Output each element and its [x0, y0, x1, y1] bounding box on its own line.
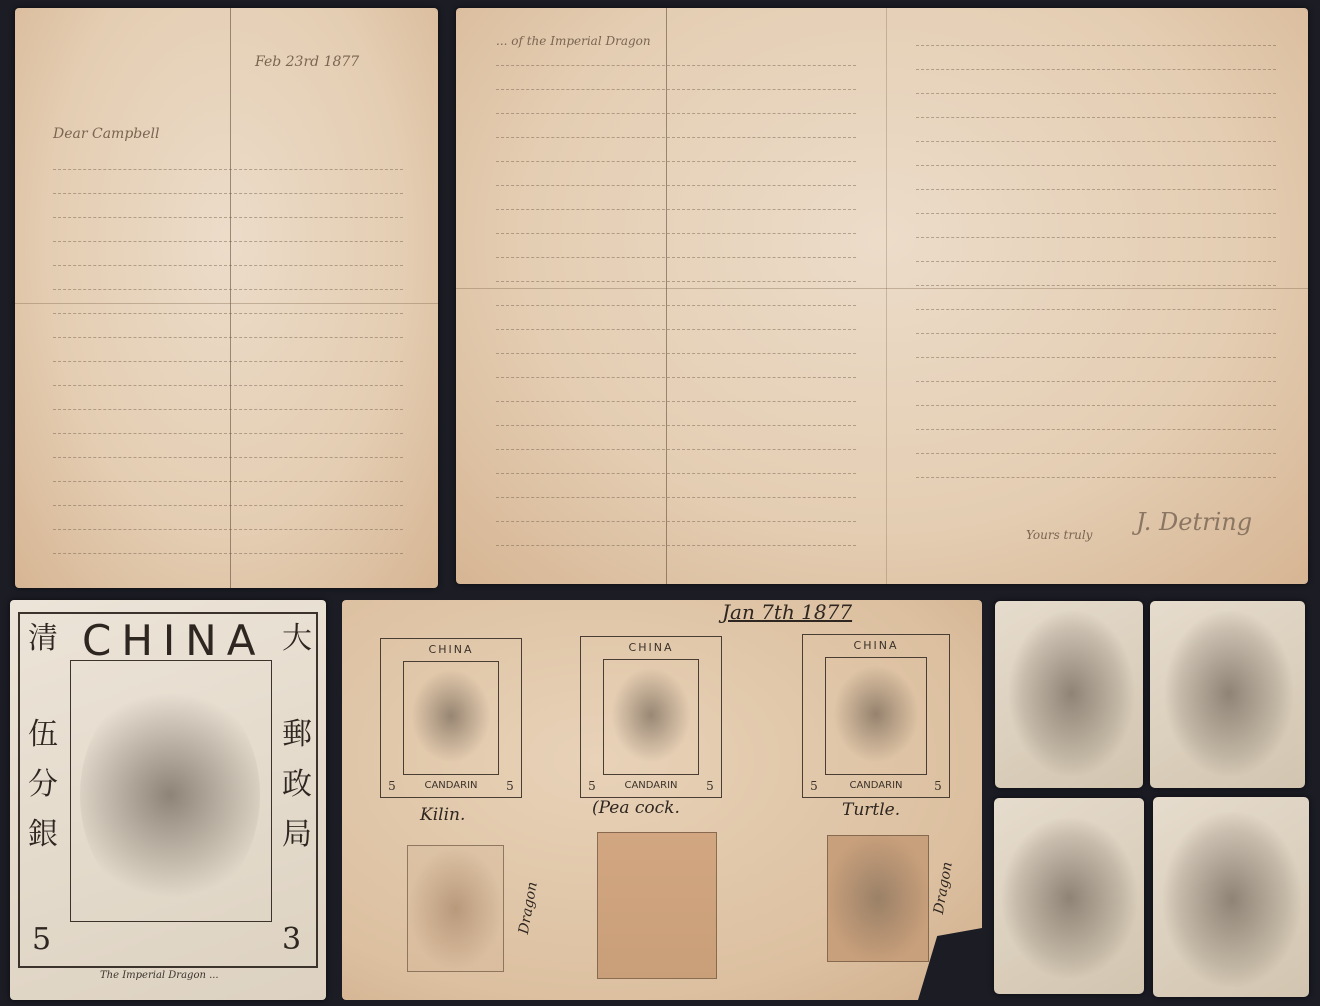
- letter-right: ... of the Imperial Dragon Yours truly J…: [456, 8, 1308, 584]
- letter-page-divider: [886, 8, 887, 584]
- right-char-1: 郵: [282, 720, 312, 750]
- small-essay-peacock: [994, 798, 1144, 994]
- left-char-2: 分: [28, 770, 58, 800]
- sheet-date: Jan 7th 1877: [722, 600, 852, 624]
- essay-stamp-turtle: CHINA 5 CANDARIN 5: [802, 634, 950, 798]
- proof-dragon-2: [827, 835, 929, 962]
- peacock-illustration: [611, 667, 691, 763]
- letter-left: Feb 23rd 1877 Dear Campbell: [15, 8, 438, 588]
- turtle-illustration: [833, 665, 919, 763]
- letter-salutation: Dear Campbell: [53, 126, 160, 142]
- letter-date: Feb 23rd 1877: [255, 54, 359, 70]
- small-essay-kilin: [1150, 601, 1305, 788]
- caption-kilin: Kilin.: [420, 805, 465, 825]
- corner-char-left: 清: [28, 624, 58, 654]
- letter-first-line: ... of the Imperial Dragon: [496, 34, 651, 48]
- letter-page2-handwriting: [916, 44, 1276, 500]
- letter-page1-handwriting: [496, 64, 856, 568]
- proof-peacock: [597, 832, 717, 979]
- stamp-title: CHINA: [82, 616, 265, 665]
- left-char-1: 伍: [28, 720, 58, 750]
- caption-peacock: (Pea cock.: [592, 798, 680, 818]
- dragon-stamp-essay: CHINA 清 大 伍 分 銀 郵 政 局 5 3 The Imperial D…: [10, 600, 326, 1000]
- letter-signature: J. Detring: [1136, 508, 1252, 536]
- proof-dragon-1: [407, 845, 504, 972]
- corner-char-right: 大: [282, 624, 312, 654]
- dragon-sketch: [1163, 812, 1301, 987]
- stamp-note: The Imperial Dragon ...: [100, 970, 219, 981]
- value-left: 5: [32, 925, 51, 955]
- peacock-sketch: [1002, 818, 1137, 978]
- left-char-3: 銀: [28, 820, 58, 850]
- right-char-3: 局: [282, 820, 312, 850]
- small-essay-dragon: [1153, 797, 1309, 997]
- kilin-sketch: [1165, 611, 1293, 776]
- caption-turtle: Turtle.: [842, 800, 900, 820]
- essay-stamp-peacock: CHINA 5 CANDARIN 5: [580, 636, 722, 798]
- small-essay-turtle: [995, 601, 1143, 788]
- value-right: 3: [282, 925, 301, 955]
- turtle-sketch: [1009, 611, 1134, 776]
- essay-sheet: Jan 7th 1877 CHINA 5 CANDARIN 5 Kilin. C…: [342, 600, 982, 1000]
- kilin-illustration: [411, 669, 491, 763]
- letter-body-handwriting: [53, 168, 403, 576]
- essay-stamp-kilin: CHINA 5 CANDARIN 5: [380, 638, 522, 798]
- proof-label-1: Dragon: [516, 881, 541, 936]
- right-char-2: 政: [282, 770, 312, 800]
- proof-label-2: Dragon: [931, 861, 956, 916]
- letter-closing: Yours truly: [1026, 528, 1092, 542]
- dragon-illustration: [80, 680, 260, 910]
